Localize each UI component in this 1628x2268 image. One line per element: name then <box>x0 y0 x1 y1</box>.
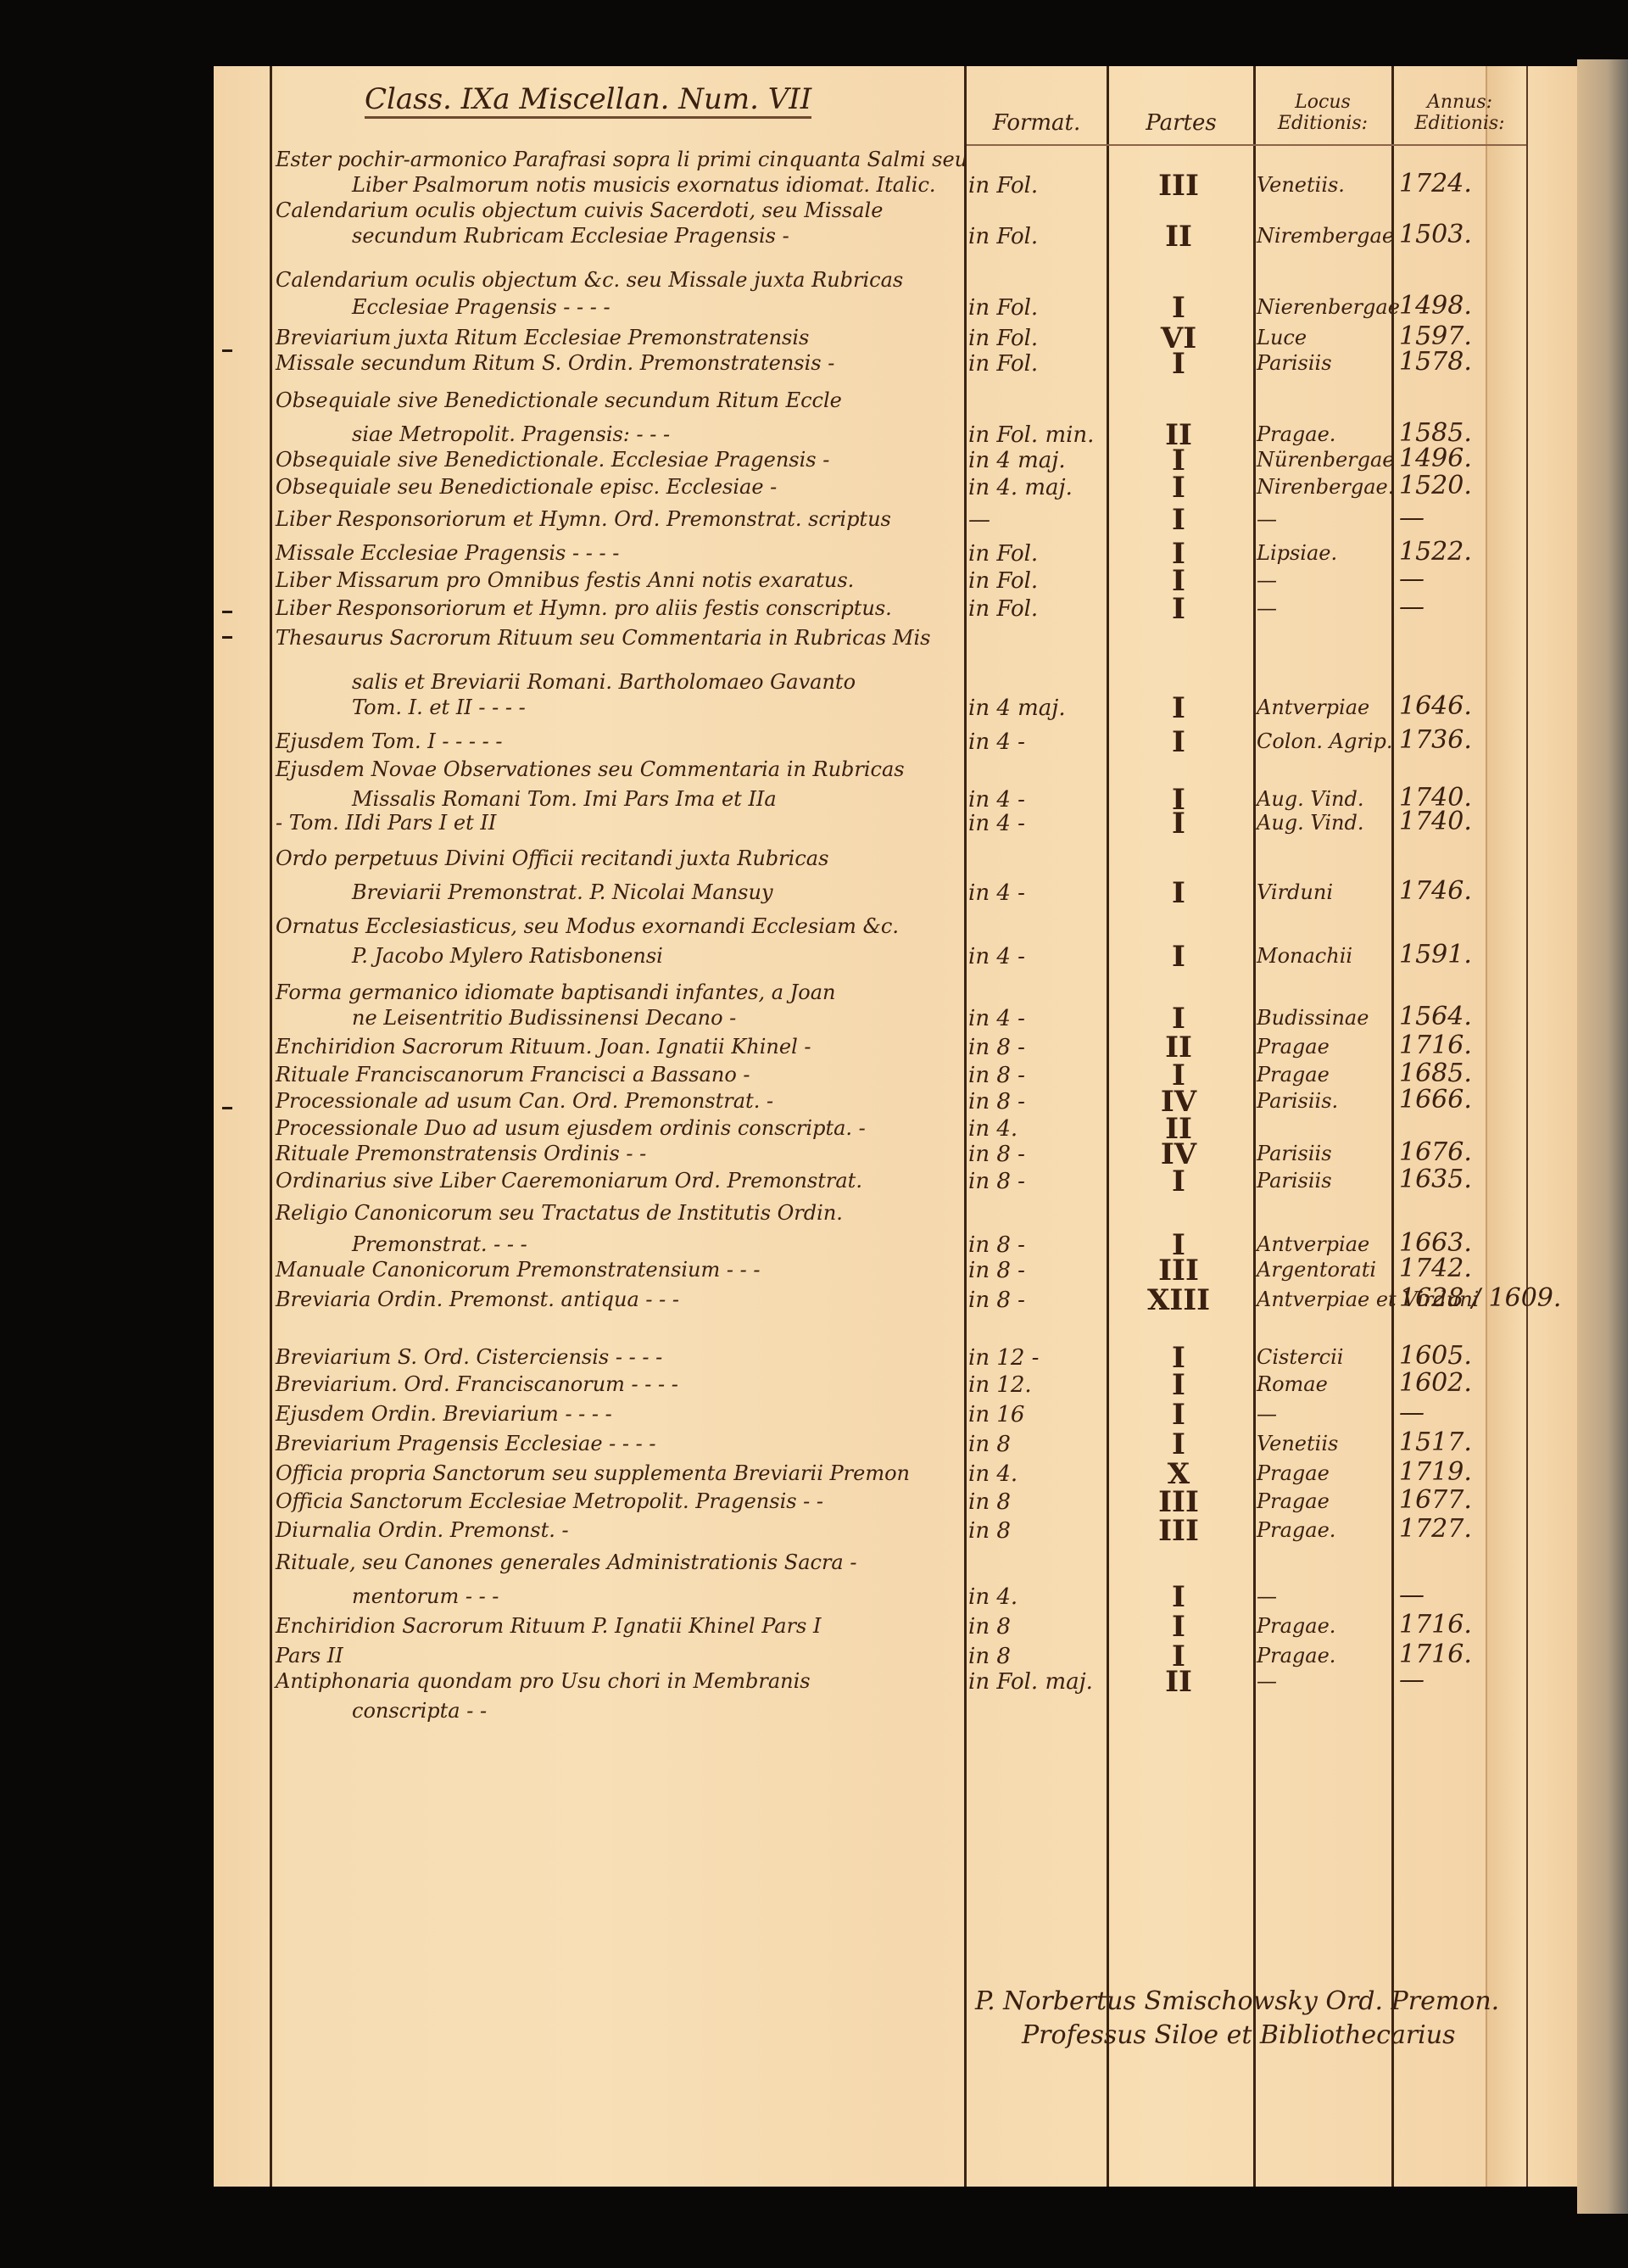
annus-value: — <box>1399 1400 1424 1426</box>
partes-value: II <box>1111 1033 1246 1062</box>
format-value: in 4 - <box>968 946 1025 968</box>
entry-title-line: mentorum - - - <box>352 1586 499 1606</box>
format-value: in 8 - <box>968 1170 1025 1193</box>
locus-value: Nürenbergae <box>1257 450 1395 470</box>
partes-value: I <box>1111 293 1246 322</box>
page-right-margin <box>1486 66 1579 2187</box>
entry-title-line: Liber Missarum pro Omnibus festis Anni n… <box>276 570 854 590</box>
entry-title-line: Breviarium. Ord. Franciscanorum - - - - <box>276 1374 678 1394</box>
format-value: in 8 <box>968 1616 1011 1638</box>
entry-title-line: Forma germanico idiomate baptisandi infa… <box>276 982 836 1003</box>
entry-title-line: secundum Rubricam Ecclesiae Pragensis - <box>352 226 789 246</box>
locus-value: Venetiis <box>1257 1433 1338 1454</box>
locus-value: — <box>1257 1671 1277 1691</box>
entry-title-line: P. Jacobo Mylero Ratisbonensi <box>352 946 663 966</box>
format-value: in Fol. <box>968 226 1038 248</box>
rule-partes <box>1107 66 1109 2187</box>
annus-value: — <box>1399 595 1424 620</box>
entry-title-line: Ordo perpetuus Divini Officii recitandi … <box>276 848 828 869</box>
annus-value: 1719. <box>1399 1460 1472 1485</box>
partes-value: I <box>1111 694 1246 723</box>
locus-value: Pragae. <box>1257 1520 1335 1540</box>
annus-value: 1724. <box>1399 171 1472 197</box>
entry-title-line: Breviarium juxta Ritum Ecclesiae Premons… <box>276 327 809 348</box>
format-value: in 8 <box>968 1645 1011 1667</box>
header-rule <box>967 144 1526 146</box>
header-locus: Locus Editionis: <box>1255 92 1391 135</box>
entry-title-line: Rituale Premonstratensis Ordinis - - <box>276 1143 646 1164</box>
format-value: in 8 - <box>968 1091 1025 1113</box>
annus-value: 1496. <box>1399 446 1472 472</box>
annus-value: 1646. <box>1399 694 1472 719</box>
locus-value: Luce <box>1257 327 1307 348</box>
partes-value: I <box>1111 1612 1246 1641</box>
locus-value: Pragae. <box>1257 424 1335 444</box>
entry-title-line: Missale Ecclesiae Pragensis - - - - <box>276 543 619 563</box>
partes-value: X <box>1111 1460 1246 1489</box>
entry-title-line: Manuale Canonicorum Premonstratensium - … <box>276 1260 761 1280</box>
entry-title-line: Ester pochir-armonico Parafrasi sopra li… <box>276 149 967 170</box>
partes-value: III <box>1111 1517 1246 1545</box>
locus-value: Antverpiae <box>1257 1234 1369 1254</box>
entry-title-line: Liber Responsoriorum et Hymn. Ord. Premo… <box>276 509 891 529</box>
locus-value: Pragae <box>1257 1036 1330 1057</box>
entry-title-line: Enchiridion Sacrorum Rituum. Joan. Ignat… <box>276 1036 811 1057</box>
format-value: in Fol. <box>968 297 1038 319</box>
partes-value: I <box>1111 1004 1246 1033</box>
annus-value: 1746. <box>1399 879 1472 904</box>
entry-title-line: Breviarii Premonstrat. P. Nicolai Mansuy <box>352 882 773 902</box>
entry-title-line: Ordinarius sive Liber Caeremoniarum Ord.… <box>276 1170 862 1191</box>
entry-title-line: Liber Responsoriorum et Hymn. pro aliis … <box>276 598 892 618</box>
format-value: — <box>968 509 990 531</box>
entry-title-line: Enchiridion Sacrorum Rituum P. Ignatii K… <box>276 1616 821 1636</box>
margin-mark <box>222 636 232 639</box>
partes-value: I <box>1111 506 1246 534</box>
locus-value: Nierenbergae <box>1257 297 1400 317</box>
format-value: in Fol. <box>968 175 1038 197</box>
format-value: in Fol. <box>968 353 1038 375</box>
locus-value: Pragae. <box>1257 1616 1335 1636</box>
locus-value: Budissinae <box>1257 1008 1369 1028</box>
locus-value: — <box>1257 509 1277 529</box>
partes-value: I <box>1111 728 1246 757</box>
annus-value: 1564. <box>1399 1004 1472 1030</box>
format-value: in Fol. <box>968 327 1038 349</box>
locus-value: Aug. Vind. <box>1257 813 1363 833</box>
locus-value: — <box>1257 1586 1277 1606</box>
format-value: in Fol. <box>968 570 1038 592</box>
annus-value: 1498. <box>1399 293 1472 319</box>
locus-value: — <box>1257 1404 1277 1424</box>
format-value: in 4. <box>968 1586 1017 1608</box>
format-value: in 8 - <box>968 1260 1025 1282</box>
locus-value: — <box>1257 598 1277 618</box>
partes-value: I <box>1111 809 1246 838</box>
rule-format <box>964 66 967 2187</box>
entry-title-line: Missalis Romani Tom. Imi Pars Ima et IIa <box>352 789 777 809</box>
locus-value: Parisiis <box>1257 353 1332 373</box>
entry-title-line: Liber Psalmorum notis musicis exornatus … <box>352 175 936 195</box>
entry-title-line: Ejusdem Ordin. Breviarium - - - - <box>276 1404 612 1424</box>
partes-value: I <box>1111 595 1246 623</box>
entry-title-line: Missale secundum Ritum S. Ordin. Premons… <box>276 353 834 373</box>
locus-value: Pragae <box>1257 1463 1330 1483</box>
entry-title-line: salis et Breviarii Romani. Bartholomaeo … <box>352 672 856 692</box>
locus-value: Colon. Agrip. <box>1257 731 1393 751</box>
locus-value: Virduni <box>1257 882 1333 902</box>
partes-value: I <box>1111 1430 1246 1459</box>
partes-value: I <box>1111 942 1246 971</box>
annus-value: 1736. <box>1399 728 1472 753</box>
annus-value: 1578. <box>1399 349 1472 375</box>
annus-value: 1591. <box>1399 942 1472 968</box>
format-value: in 4 - <box>968 731 1025 753</box>
entry-title-line: Calendarium oculis objectum cuivis Sacer… <box>276 200 883 221</box>
margin-mark <box>222 349 232 352</box>
locus-value: Nirembergae <box>1257 226 1394 246</box>
entry-title-line: siae Metropolit. Pragensis: - - - <box>352 424 670 444</box>
partes-value: III <box>1111 1256 1246 1285</box>
header-format: Format. <box>967 112 1107 134</box>
page-title: Class. IXa Miscellan. Num. VII <box>365 85 811 114</box>
locus-value: Romae <box>1257 1374 1328 1394</box>
title-text: Class. IXa Miscellan. Num. VII <box>365 82 811 119</box>
locus-value: Pragae <box>1257 1064 1330 1085</box>
partes-value: I <box>1111 567 1246 595</box>
entry-title-line: Breviarium S. Ord. Cisterciensis - - - - <box>276 1347 662 1367</box>
entry-title-line: Obsequiale seu Benedictionale episc. Ecc… <box>276 477 777 497</box>
annus-value: — <box>1399 506 1424 531</box>
signature-line-1: P. Norbertus Smischowsky Ord. Premon. <box>975 1989 1499 2014</box>
signature-line-2: Professus Siloe et Bibliothecarius <box>1022 2023 1456 2048</box>
entry-title-line: Premonstrat. - - - <box>352 1234 527 1254</box>
partes-value: I <box>1111 349 1246 378</box>
entry-title-line: Tom. I. et II - - - - <box>352 697 526 718</box>
annus-value: 1727. <box>1399 1517 1472 1542</box>
annus-value: 1517. <box>1399 1430 1472 1455</box>
annus-value: 1522. <box>1399 539 1472 565</box>
format-value: in 12 - <box>968 1347 1039 1369</box>
annus-value: 1716. <box>1399 1033 1472 1059</box>
entry-title-line: Ecclesiae Pragensis - - - - <box>352 297 610 317</box>
partes-value: III <box>1111 171 1246 200</box>
annus-value: 1520. <box>1399 473 1472 499</box>
partes-value: II <box>1111 222 1246 251</box>
locus-value: Parisiis. <box>1257 1091 1338 1111</box>
entry-title-line: Processionale Duo ad usum ejusdem ordini… <box>276 1118 866 1138</box>
format-value: in 8 - <box>968 1143 1025 1165</box>
locus-value: Monachii <box>1257 946 1352 966</box>
format-value: in 4. maj. <box>968 477 1073 499</box>
format-value: in 4 - <box>968 813 1025 835</box>
format-value: in 4 maj. <box>968 450 1066 472</box>
format-value: in 8 <box>968 1433 1011 1455</box>
annus-value: 1716. <box>1399 1612 1472 1638</box>
annus-value: 1597. <box>1399 324 1472 349</box>
partes-value: II <box>1111 1667 1246 1696</box>
format-value: in 4. <box>968 1118 1017 1140</box>
partes-value: XIII <box>1111 1286 1246 1315</box>
facing-page-edge <box>1577 59 1628 2214</box>
format-value: in 4 - <box>968 882 1025 904</box>
annus-value: 1716. <box>1399 1642 1472 1667</box>
locus-value: Cistercii <box>1257 1347 1343 1367</box>
annus-value: 1503. <box>1399 222 1472 248</box>
partes-value: I <box>1111 473 1246 502</box>
locus-value: Pragae <box>1257 1491 1330 1511</box>
format-value: in 8 - <box>968 1036 1025 1059</box>
format-value: in Fol. min. <box>968 424 1094 446</box>
format-value: in Fol. maj. <box>968 1671 1093 1693</box>
partes-value: I <box>1111 1583 1246 1612</box>
entry-title-line: Ornatus Ecclesiasticus, seu Modus exorna… <box>276 916 899 936</box>
format-value: in 4. <box>968 1463 1017 1485</box>
annus-value: 1585. <box>1399 421 1472 446</box>
format-value: in 8 - <box>968 1064 1025 1087</box>
margin-mark <box>222 611 232 613</box>
partes-value: I <box>1111 1371 1246 1399</box>
locus-value: Venetiis. <box>1257 175 1345 195</box>
entry-title-line: Breviarium Pragensis Ecclesiae - - - - <box>276 1433 655 1454</box>
format-value: in 4 maj. <box>968 697 1066 719</box>
entry-title-line: Ejusdem Tom. I - - - - - <box>276 731 502 751</box>
format-value: in 8 <box>968 1520 1011 1542</box>
partes-value: I <box>1111 1400 1246 1429</box>
margin-mark <box>222 1107 232 1109</box>
format-value: in 8 - <box>968 1234 1025 1256</box>
locus-value: Parisiis <box>1257 1170 1332 1191</box>
locus-value: Lipsiae. <box>1257 543 1337 563</box>
annus-value: — <box>1399 567 1424 592</box>
locus-value: Parisiis <box>1257 1143 1332 1164</box>
partes-value: I <box>1111 879 1246 908</box>
entry-title-line: Obsequiale sive Benedictionale. Ecclesia… <box>276 450 829 470</box>
entry-title-line: Calendarium oculis objectum &c. seu Miss… <box>276 270 903 290</box>
annus-value: 1676. <box>1399 1140 1472 1165</box>
entry-title-line: Rituale Franciscanorum Francisci a Bassa… <box>276 1064 750 1085</box>
locus-value: Pragae. <box>1257 1645 1335 1666</box>
entry-title-line: Ejusdem Novae Observationes seu Commenta… <box>276 759 905 779</box>
format-value: in 12. <box>968 1374 1032 1396</box>
entry-title-line: Processionale ad usum Can. Ord. Premonst… <box>276 1091 773 1111</box>
entry-title-line: conscripta - - <box>352 1701 487 1721</box>
rule-annus <box>1391 66 1394 2187</box>
entry-title-line: Pars II <box>276 1645 343 1666</box>
annus-value: 1628 / 1609. <box>1399 1286 1561 1311</box>
entry-title-line: Officia propria Sanctorum seu supplement… <box>276 1463 910 1483</box>
format-value: in 8 <box>968 1491 1011 1513</box>
partes-value: I <box>1111 1167 1246 1196</box>
entry-title-line: Antiphonaria quondam pro Usu chori in Me… <box>276 1671 811 1691</box>
entry-title-line: Obsequiale sive Benedictionale secundum … <box>276 390 842 411</box>
annus-value: 1685. <box>1399 1061 1472 1087</box>
annus-value: — <box>1399 1667 1424 1693</box>
annus-value: — <box>1399 1583 1424 1608</box>
locus-value: Antverpiae <box>1257 697 1369 718</box>
entry-title-line: Breviaria Ordin. Premonst. antiqua - - - <box>276 1289 679 1310</box>
rule-left-margin <box>270 66 272 2187</box>
rule-outer <box>1526 66 1528 2187</box>
partes-value: III <box>1111 1488 1246 1517</box>
entry-title-line: Rituale, seu Canones generales Administr… <box>276 1552 856 1573</box>
entry-title-line: Diurnalia Ordin. Premonst. - <box>276 1520 569 1540</box>
format-value: in 4 - <box>968 1008 1025 1030</box>
locus-value: — <box>1257 570 1277 590</box>
format-value: in 4 - <box>968 789 1025 811</box>
annus-value: 1666. <box>1399 1087 1472 1113</box>
format-value: in Fol. <box>968 598 1038 620</box>
annus-value: 1663. <box>1399 1231 1472 1256</box>
entry-title-line: Thesaurus Sacrorum Rituum seu Commentari… <box>276 628 930 648</box>
entry-title-line: ne Leisentritio Budissinensi Decano - <box>352 1008 736 1028</box>
annus-value: 1740. <box>1399 809 1472 835</box>
entry-title-line: Officia Sanctorum Ecclesiae Metropolit. … <box>276 1491 823 1511</box>
format-value: in 16 <box>968 1404 1024 1426</box>
annus-value: 1742. <box>1399 1256 1472 1282</box>
rule-locus <box>1253 66 1256 2187</box>
format-value: in 8 - <box>968 1289 1025 1311</box>
annus-value: 1605. <box>1399 1343 1472 1369</box>
annus-value: 1677. <box>1399 1488 1472 1513</box>
annus-value: 1602. <box>1399 1371 1472 1396</box>
header-partes: Partes <box>1109 112 1253 134</box>
locus-value: Argentorati <box>1257 1260 1376 1280</box>
format-value: in Fol. <box>968 543 1038 565</box>
locus-value: Nirenbergae. <box>1257 477 1394 497</box>
annus-value: 1635. <box>1399 1167 1472 1193</box>
entry-title-line: - Tom. IIdi Pars I et II <box>276 813 496 833</box>
header-annus: Annus: Editionis: <box>1393 92 1526 135</box>
entry-title-line: Religio Canonicorum seu Tractatus de Ins… <box>276 1203 843 1223</box>
locus-value: Aug. Vind. <box>1257 789 1363 809</box>
